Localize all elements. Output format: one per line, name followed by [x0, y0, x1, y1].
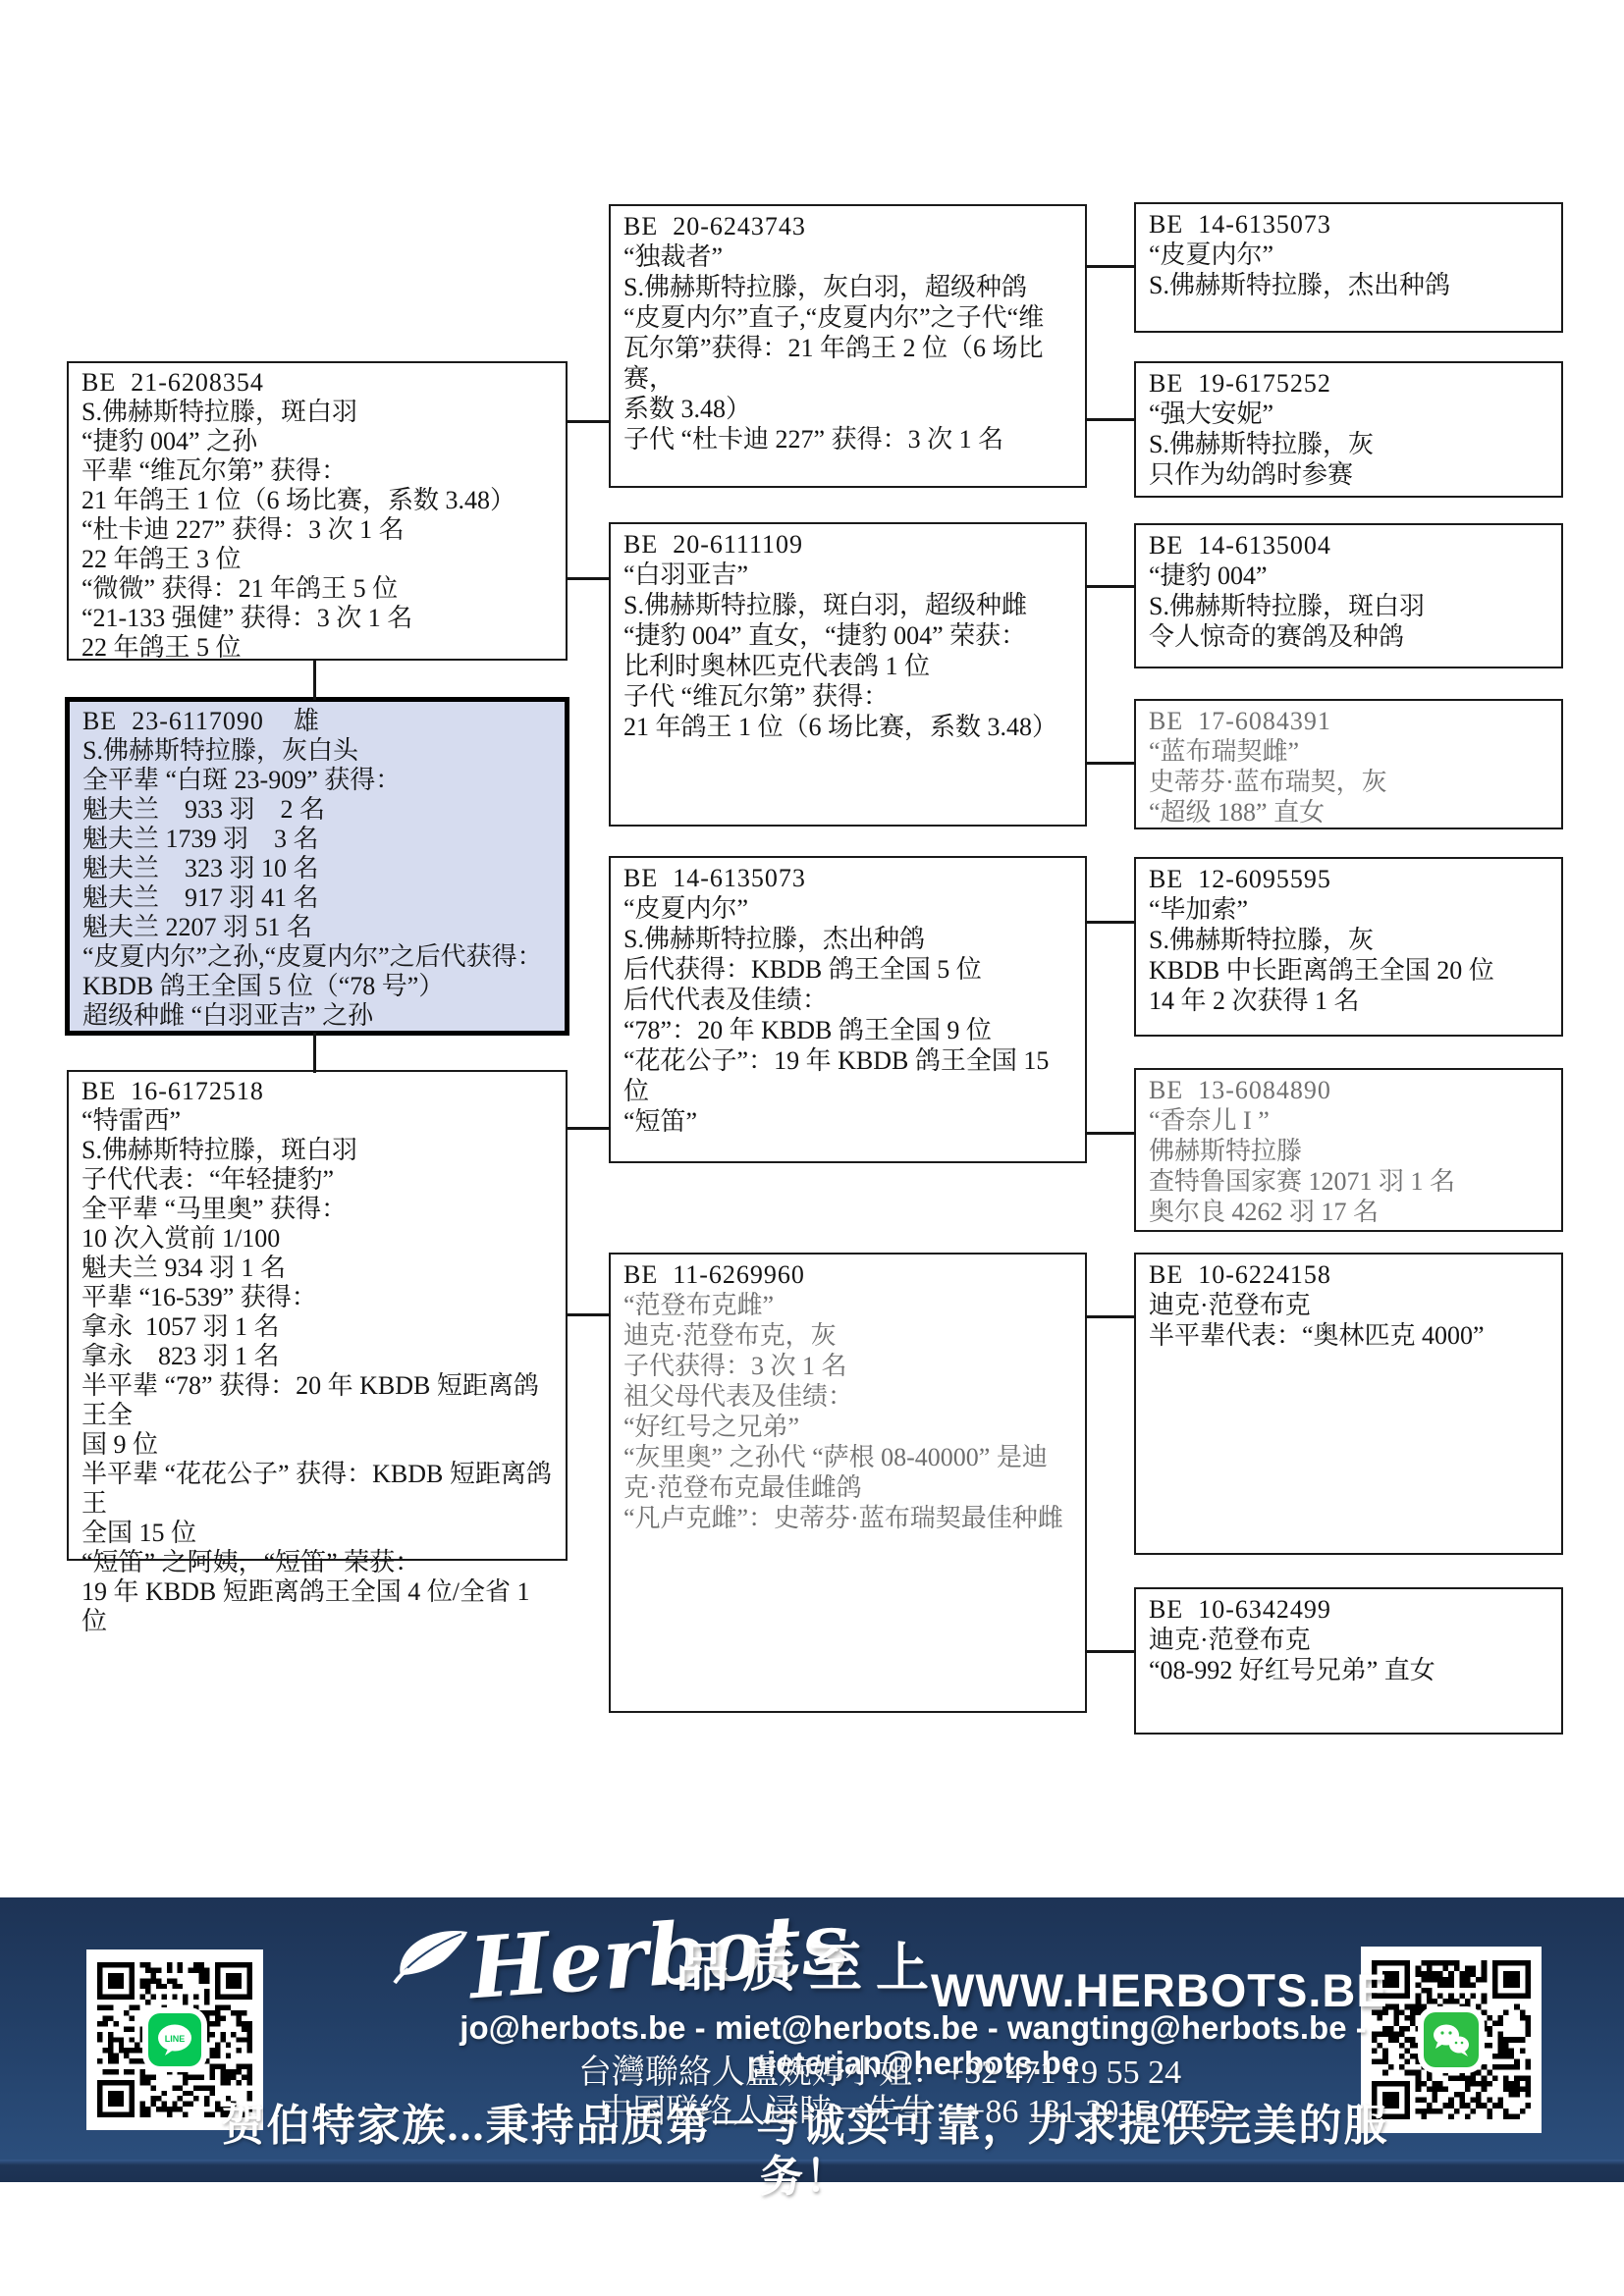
pedigree-text-line: 子代 “杜卡迪 227” 获得：3 次 1 名: [623, 424, 1077, 454]
pedigree-text-line: “08-992 好红号兄弟” 直女: [1149, 1655, 1553, 1685]
pedigree-text-line: S.佛赫斯特拉滕，灰: [1149, 925, 1553, 955]
connector-line: [313, 659, 316, 700]
pedigree-text-line: 迪克·范登布克: [1149, 1625, 1553, 1655]
website-url: WWW.HERBOTS.BE: [931, 1967, 1388, 2014]
ring-number: BE 19-6175252: [1149, 368, 1553, 399]
pedigree-box-ggparent-1: BE 14-6135073“皮夏内尔”S.佛赫斯特拉滕，杰出种鸽: [1134, 202, 1563, 333]
pedigree-text-line: “强大安妮”: [1149, 399, 1553, 429]
pedigree-text-line: 瓦尔第”获得：21 年鸽王 2 位（6 场比赛，: [623, 333, 1077, 394]
pedigree-text-line: 全平辈 “马里奥” 获得：: [81, 1195, 558, 1224]
connector-line: [566, 577, 611, 580]
ring-number: BE 13-6084890: [1149, 1075, 1553, 1105]
ring-number: BE 16-6172518: [81, 1077, 558, 1106]
connector-line: [566, 1313, 611, 1316]
ring-number: BE 14-6135073: [1149, 209, 1553, 240]
pedigree-text-line: “捷豹 004” 之孙: [81, 427, 558, 456]
pedigree-text-line: 19 年 KBDB 短距离鸽王全国 4 位/全省 1 位: [81, 1577, 558, 1636]
pedigree-text-line: S.佛赫斯特拉滕，斑白羽，超级种雌: [623, 590, 1077, 620]
pedigree-text-line: 半平辈 “78” 获得：20 年 KBDB 短距离鸽王全: [81, 1371, 558, 1430]
pedigree-text-line: 超级种雌 “白羽亚吉” 之孙: [82, 1001, 557, 1031]
pedigree-text-line: 比利时奥林匹克代表鸽 1 位: [623, 651, 1077, 681]
ring-number: BE 10-6342499: [1149, 1594, 1553, 1625]
pedigree-text-line: 奥尔良 4262 羽 17 名: [1149, 1197, 1553, 1227]
pedigree-text-line: S.佛赫斯特拉滕，杰出种鸽: [1149, 270, 1553, 300]
pedigree-text-line: 22 年鸽王 3 位: [81, 545, 558, 574]
connector-line: [1085, 1132, 1136, 1135]
ring-number: BE 14-6135004: [1149, 530, 1553, 561]
pedigree-text-line: 14 年 2 次获得 1 名: [1149, 986, 1553, 1016]
pedigree-text-line: 后代代表及佳绩：: [623, 985, 1077, 1015]
pedigree-text-line: “范登布克雌”: [623, 1290, 1077, 1320]
pedigree-text-line: 魁夫兰 323 羽 10 名: [82, 854, 557, 883]
line-logo-icon: LINE: [148, 2013, 201, 2066]
pedigree-text-line: “白羽亚吉”: [623, 560, 1077, 590]
pedigree-text-line: “短笛”: [623, 1106, 1077, 1137]
pedigree-text-line: 史蒂芬·蓝布瑞契，灰: [1149, 767, 1553, 797]
taiwan-contact: 台灣聯絡人盧婉婷小姐：+32 471 19 55 24: [578, 2055, 1181, 2091]
ring-number: BE 12-6095595: [1149, 864, 1553, 894]
pedigree-text-line: “凡卢克雌”：史蒂芬·蓝布瑞契最佳种雌: [623, 1503, 1077, 1533]
pedigree-page: BE 21-6208354S.佛赫斯特拉滕，斑白羽“捷豹 004” 之孙平辈 “…: [0, 0, 1624, 2296]
pedigree-text-line: 21 年鸽王 1 位（6 场比赛，系数 3.48）: [81, 486, 558, 515]
pedigree-text-line: 查特鲁国家赛 12071 羽 1 名: [1149, 1166, 1553, 1197]
pedigree-box-subject: BE 23-6117090 雄S.佛赫斯特拉滕，灰白头全平辈 “白斑 23-90…: [65, 697, 569, 1036]
connector-line: [1085, 265, 1136, 268]
pedigree-text-line: 21 年鸽王 1 位（6 场比赛，系数 3.48）: [623, 712, 1077, 742]
ring-number: BE 10-6224158: [1149, 1259, 1553, 1290]
pedigree-text-line: 子代代表：“年轻捷豹”: [81, 1165, 558, 1195]
pedigree-text-line: “超级 188” 直女: [1149, 797, 1553, 828]
pedigree-box-grandmother-paternal: BE 20-6111109“白羽亚吉”S.佛赫斯特拉滕，斑白羽，超级种雌“捷豹 …: [609, 522, 1087, 827]
pedigree-text-line: “21-133 强健” 获得：3 次 1 名: [81, 604, 558, 633]
pedigree-text-line: 平辈 “16-539” 获得：: [81, 1283, 558, 1312]
footer-tagline: 贺伯特家族...秉持品质第一与诚实可靠，力求提供完美的服务！: [177, 2101, 1434, 2203]
pedigree-text-line: S.佛赫斯特拉滕，灰: [1149, 429, 1553, 459]
pedigree-text-line: S.佛赫斯特拉滕，斑白羽: [81, 398, 558, 427]
feather-icon: [385, 1926, 475, 1989]
pedigree-text-line: 10 次入赏前 1/100: [81, 1224, 558, 1254]
pedigree-box-father: BE 21-6208354S.佛赫斯特拉滕，斑白羽“捷豹 004” 之孙平辈 “…: [67, 361, 568, 661]
pedigree-text-line: 拿永 1057 羽 1 名: [81, 1312, 558, 1342]
pedigree-text-line: “灰里奥” 之孙代 “萨根 08-40000” 是迪: [623, 1442, 1077, 1472]
pedigree-text-line: 魁夫兰 2207 羽 51 名: [82, 913, 557, 942]
pedigree-text-line: KBDB 鸽王全国 5 位（“78 号”）: [82, 972, 557, 1001]
pedigree-text-line: S.佛赫斯特拉滕，杰出种鸽: [623, 924, 1077, 954]
ring-number: BE 14-6135073: [623, 863, 1077, 893]
pedigree-box-ggparent-5: BE 12-6095595“毕加索”S.佛赫斯特拉滕，灰KBDB 中长距离鸽王全…: [1134, 857, 1563, 1037]
pedigree-text-line: “杜卡迪 227” 获得：3 次 1 名: [81, 515, 558, 545]
pedigree-text-line: “皮夏内尔”: [623, 893, 1077, 924]
pedigree-text-line: “特雷西”: [81, 1106, 558, 1136]
contact-separator: [1181, 2055, 1248, 2091]
pedigree-text-line: S.佛赫斯特拉滕，灰白头: [82, 736, 557, 766]
ring-number: BE 21-6208354: [81, 368, 558, 398]
connector-line: [566, 420, 611, 423]
pedigree-text-line: 魁夫兰 917 羽 41 名: [82, 883, 557, 913]
pedigree-text-line: 迪克·范登布克: [1149, 1290, 1553, 1320]
pedigree-box-ggparent-8: BE 10-6342499迪克·范登布克“08-992 好红号兄弟” 直女: [1134, 1587, 1563, 1735]
connector-line: [1085, 1315, 1136, 1318]
pedigree-text-line: “独裁者”: [623, 241, 1077, 272]
footer-slogan: 品质至上: [676, 1940, 943, 1997]
connector-line: [1085, 762, 1136, 765]
pedigree-text-line: 魁夫兰 1739 羽 3 名: [82, 825, 557, 854]
pedigree-box-mother: BE 16-6172518“特雷西”S.佛赫斯特拉滕，斑白羽子代代表：“年轻捷豹…: [67, 1070, 568, 1561]
connector-line: [1085, 418, 1136, 421]
pedigree-text-line: 克·范登布克最佳雌鸽: [623, 1472, 1077, 1503]
pedigree-text-line: “毕加索”: [1149, 894, 1553, 925]
pedigree-text-line: 拿永 823 羽 1 名: [81, 1342, 558, 1371]
line-logo-label: LINE: [165, 2034, 186, 2044]
pedigree-text-line: “皮夏内尔”: [1149, 240, 1553, 270]
pedigree-text-line: 令人惊奇的赛鸽及种鸽: [1149, 621, 1553, 652]
pedigree-text-line: “78”：20 年 KBDB 鸽王全国 9 位: [623, 1015, 1077, 1045]
ring-number: BE 20-6111109: [623, 529, 1077, 560]
pedigree-text-line: “香奈儿 I ”: [1149, 1105, 1553, 1136]
pedigree-text-line: 后代获得：KBDB 鸽王全国 5 位: [623, 954, 1077, 985]
pedigree-box-grandmother-maternal: BE 11-6269960“范登布克雌”迪克·范登布克，灰子代获得：3 次 1 …: [609, 1253, 1087, 1713]
pedigree-text-line: 魁夫兰 933 羽 2 名: [82, 795, 557, 825]
pedigree-text-line: “皮夏内尔”之孙,“皮夏内尔”之后代获得：: [82, 942, 557, 972]
pedigree-text-line: “捷豹 004”: [1149, 561, 1553, 591]
pedigree-text-line: 全平辈 “白斑 23-909” 获得：: [82, 766, 557, 795]
pedigree-text-line: 佛赫斯特拉滕: [1149, 1136, 1553, 1166]
pedigree-text-line: 魁夫兰 934 羽 1 名: [81, 1254, 558, 1283]
pedigree-text-line: S.佛赫斯特拉滕，斑白羽: [1149, 591, 1553, 621]
pedigree-text-line: 平辈 “维瓦尔第” 获得：: [81, 456, 558, 486]
pedigree-text-line: 祖父母代表及佳绩：: [623, 1381, 1077, 1412]
pedigree-text-line: 迪克·范登布克，灰: [623, 1320, 1077, 1351]
pedigree-box-grandfather-maternal: BE 14-6135073“皮夏内尔”S.佛赫斯特拉滕，杰出种鸽后代获得：KBD…: [609, 856, 1087, 1163]
ring-number: BE 23-6117090 雄: [82, 707, 557, 736]
pedigree-text-line: 半平辈代表：“奥林匹克 4000”: [1149, 1320, 1553, 1351]
pedigree-box-grandfather-paternal: BE 20-6243743“独裁者”S.佛赫斯特拉滕，灰白羽，超级种鸽“皮夏内尔…: [609, 204, 1087, 488]
pedigree-box-ggparent-2: BE 19-6175252“强大安妮”S.佛赫斯特拉滕，灰只作为幼鸽时参赛: [1134, 361, 1563, 498]
pedigree-text-line: “皮夏内尔”直子,“皮夏内尔”之子代“维: [623, 302, 1077, 333]
pedigree-box-ggparent-4: BE 17-6084391“蓝布瑞契雌”史蒂芬·蓝布瑞契，灰“超级 188” 直…: [1134, 699, 1563, 829]
pedigree-text-line: 半平辈 “花花公子” 获得：KBDB 短距离鸽王: [81, 1460, 558, 1519]
pedigree-text-line: 22 年鸽王 5 位: [81, 633, 558, 663]
pedigree-box-ggparent-6: BE 13-6084890“香奈儿 I ”佛赫斯特拉滕查特鲁国家赛 12071 …: [1134, 1068, 1563, 1232]
ring-number: BE 20-6243743: [623, 211, 1077, 241]
pedigree-text-line: S.佛赫斯特拉滕，灰白羽，超级种鸽: [623, 272, 1077, 302]
pedigree-text-line: 子代获得：3 次 1 名: [623, 1351, 1077, 1381]
pedigree-text-line: “蓝布瑞契雌”: [1149, 736, 1553, 767]
connector-line: [313, 1033, 316, 1073]
pedigree-text-line: “微微” 获得：21 年鸽王 5 位: [81, 574, 558, 604]
pedigree-box-ggparent-3: BE 14-6135004“捷豹 004”S.佛赫斯特拉滕，斑白羽令人惊奇的赛鸽…: [1134, 523, 1563, 668]
connector-line: [566, 1127, 611, 1130]
pedigree-text-line: 系数 3.48）: [623, 394, 1077, 424]
pedigree-text-line: S.佛赫斯特拉滕，斑白羽: [81, 1136, 558, 1165]
connector-line: [1085, 585, 1136, 588]
pedigree-text-line: “短笛” 之阿姨，“短笛” 荣获：: [81, 1548, 558, 1577]
pedigree-text-line: “好红号之兄弟”: [623, 1412, 1077, 1442]
pedigree-text-line: 只作为幼鸽时参赛: [1149, 459, 1553, 490]
connector-line: [1085, 921, 1136, 924]
pedigree-text-line: “捷豹 004” 直女，“捷豹 004” 荣获：: [623, 620, 1077, 651]
pedigree-text-line: 国 9 位: [81, 1430, 558, 1460]
pedigree-text-line: 子代 “维瓦尔第” 获得：: [623, 681, 1077, 712]
ring-number: BE 17-6084391: [1149, 706, 1553, 736]
ring-number: BE 11-6269960: [623, 1259, 1077, 1290]
pedigree-text-line: “花花公子”：19 年 KBDB 鸽王全国 15 位: [623, 1045, 1077, 1106]
connector-line: [1085, 1650, 1136, 1653]
pedigree-box-ggparent-7: BE 10-6224158迪克·范登布克半平辈代表：“奥林匹克 4000”: [1134, 1253, 1563, 1555]
pedigree-text-line: 全国 15 位: [81, 1519, 558, 1548]
pedigree-text-line: KBDB 中长距离鸽王全国 20 位: [1149, 955, 1553, 986]
